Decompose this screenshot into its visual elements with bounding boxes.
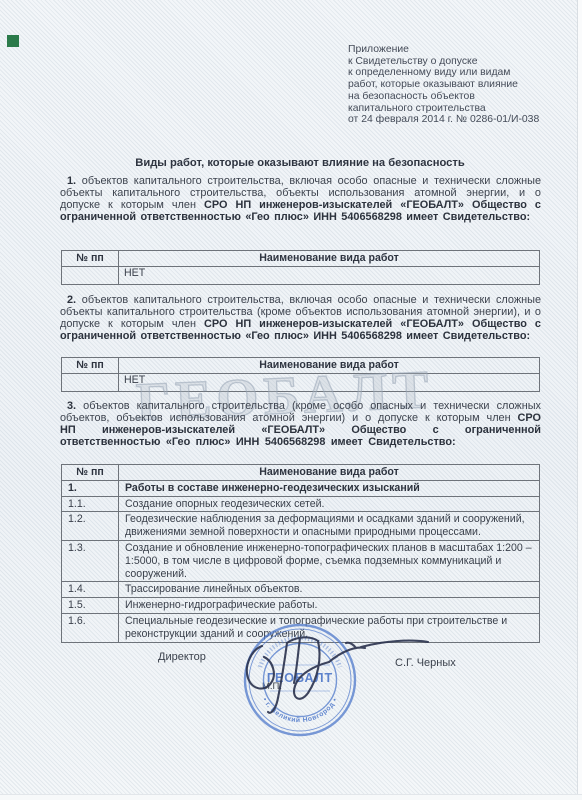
table-row: 1.1.Создание опорных геодезических сетей… xyxy=(62,496,540,512)
row-value: НЕТ xyxy=(119,266,540,284)
row-number xyxy=(62,266,119,284)
document-header-reference: Приложение к Свидетельству о допуске к о… xyxy=(348,44,539,126)
header-line: к Свидетельству о допуске xyxy=(348,56,539,68)
table-header-row: № пп Наименование вида работ xyxy=(62,251,540,267)
table-row: 1.2.Геодезические наблюдения за деформац… xyxy=(62,512,540,541)
scan-edge-bottom xyxy=(0,794,582,800)
column-header-number: № пп xyxy=(62,251,119,267)
table-header-row: № пп Наименование вида работ xyxy=(62,358,540,374)
works-table-1: № пп Наименование вида работ НЕТ xyxy=(61,250,540,285)
paragraph-number: 3. xyxy=(67,400,76,412)
paragraph-2: 2. объектов капитального строительства, … xyxy=(60,295,541,343)
table-header-row: № пп Наименование вида работ xyxy=(62,465,540,481)
director-label: Директор xyxy=(158,651,206,663)
row-name: Создание и обновление инженерно-топограф… xyxy=(119,540,540,581)
paragraph-number: 1. xyxy=(67,175,76,187)
table-row: 1.5.Инженерно-гидрографические работы. xyxy=(62,598,540,614)
row-name: Создание опорных геодезических сетей. xyxy=(119,496,540,512)
row-number: 1. xyxy=(62,480,119,496)
column-header-number: № пп xyxy=(62,358,119,374)
column-header-name: Наименование вида работ xyxy=(119,465,540,481)
row-number: 1.3. xyxy=(62,540,119,581)
row-number: 1.2. xyxy=(62,512,119,541)
row-value: НЕТ xyxy=(119,373,540,391)
row-number: 1.4. xyxy=(62,582,119,598)
table-row: НЕТ xyxy=(62,373,540,391)
row-number xyxy=(62,373,119,391)
row-name: Трассирование линейных объектов. xyxy=(119,582,540,598)
column-header-name: Наименование вида работ xyxy=(119,251,540,267)
scan-edge-right xyxy=(577,0,582,800)
row-name: Работы в составе инженерно-геодезических… xyxy=(119,480,540,496)
paragraph-1: 1. объектов капитального строительства, … xyxy=(60,176,541,224)
row-number: 1.1. xyxy=(62,496,119,512)
table-row: 1.Работы в составе инженерно-геодезическ… xyxy=(62,480,540,496)
director-signature-ink xyxy=(228,616,458,726)
paragraph-body: объектов капитального строительства (кро… xyxy=(60,400,541,424)
row-name: Инженерно-гидрографические работы. xyxy=(119,598,540,614)
header-line: Приложение xyxy=(348,44,539,56)
paragraph-3: 3. объектов капитального строительства (… xyxy=(60,401,541,449)
table-row: НЕТ xyxy=(62,266,540,284)
scanned-document-page: Приложение к Свидетельству о допуске к о… xyxy=(0,0,582,800)
document-title: Виды работ, которые оказывают влияние на… xyxy=(60,157,540,169)
header-line: капитального строительства xyxy=(348,103,539,115)
paragraph-number: 2. xyxy=(67,294,76,306)
table-row: 1.3.Создание и обновление инженерно-топо… xyxy=(62,540,540,581)
row-number: 1.6. xyxy=(62,613,119,642)
table-row: 1.4.Трассирование линейных объектов. xyxy=(62,582,540,598)
scan-marker-square xyxy=(7,35,19,47)
row-name: Геодезические наблюдения за деформациями… xyxy=(119,512,540,541)
header-line: от 24 февраля 2014 г. № 0286-01/И-038 xyxy=(348,114,539,126)
header-line: к определенному виду или видам xyxy=(348,67,539,79)
row-number: 1.5. xyxy=(62,598,119,614)
header-line: на безопасность объектов xyxy=(348,91,539,103)
works-table-2: № пп Наименование вида работ НЕТ xyxy=(61,357,540,392)
header-line: работ, которые оказывают влияние xyxy=(348,79,539,91)
column-header-name: Наименование вида работ xyxy=(119,358,540,374)
column-header-number: № пп xyxy=(62,465,119,481)
